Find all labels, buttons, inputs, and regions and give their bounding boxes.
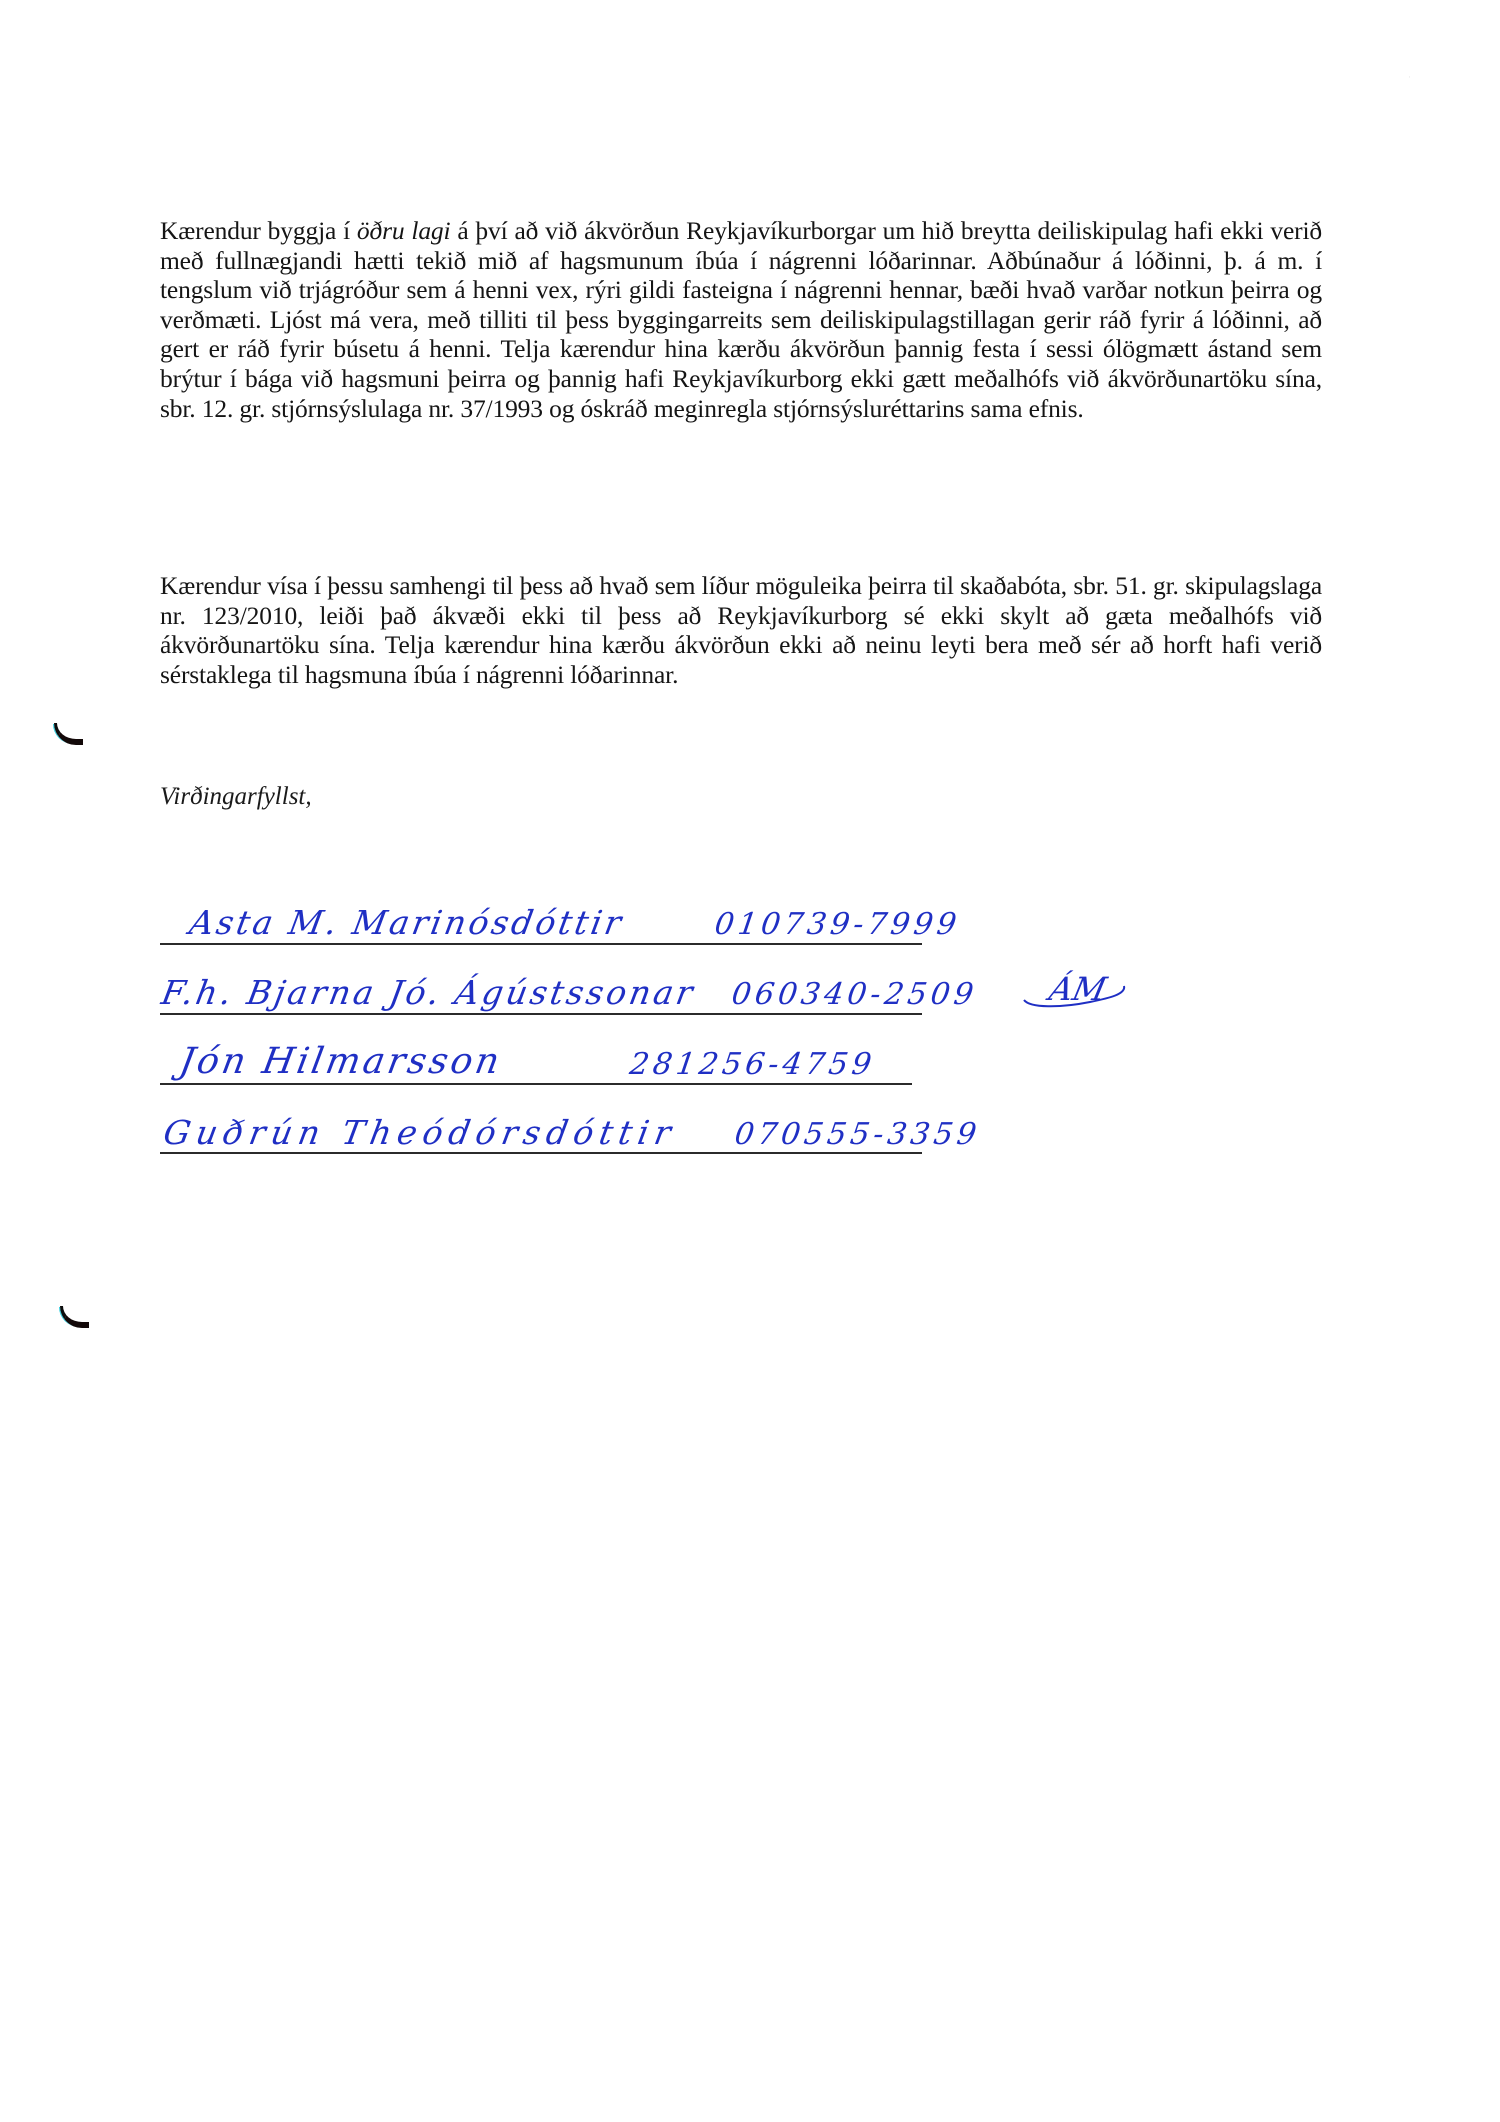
text-segment: Kærendur vísa í þessu samhengi til þess … [160,571,1322,689]
scan-punch-mark-icon [54,723,83,745]
signature-name: Asta M. Marinósdóttir [187,903,628,942]
signature-id-number: 010739-7999 [713,907,963,942]
signature-flourish-icon [1020,974,1130,1010]
signature-name: F.h. Bjarna Jó. Ágústssonar [159,973,699,1012]
scan-dust-speck: · [1408,72,1416,80]
text-segment: á því að við ákvörðun Reykjavíkurborgar … [160,216,1322,423]
signature-id-number: 281256-4759 [628,1047,878,1082]
closing-salutation: Virðingarfyllst, [160,783,312,811]
signature-id-number: 060340-2509 [730,977,980,1012]
body-paragraph-2: Kærendur vísa í þessu samhengi til þess … [160,571,1322,689]
signature-line [160,943,922,945]
signature-id-number: 070555-3359 [733,1117,983,1152]
signature-name: Guðrún Theódórsdóttir [161,1113,680,1152]
scan-punch-mark-icon [60,1306,89,1328]
body-paragraph-1: Kærendur byggja í öðru lagi á því að við… [160,216,1322,423]
scanned-document-page: Kærendur byggja í öðru lagi á því að við… [0,0,1500,2122]
signature-line [160,1152,922,1154]
signature-line [160,1083,912,1085]
signature-name: Jón Hilmarsson [176,1041,505,1082]
text-segment: Kærendur byggja í [160,216,357,245]
italic-text-segment: öðru lagi [357,216,451,245]
signature-line [160,1013,922,1015]
